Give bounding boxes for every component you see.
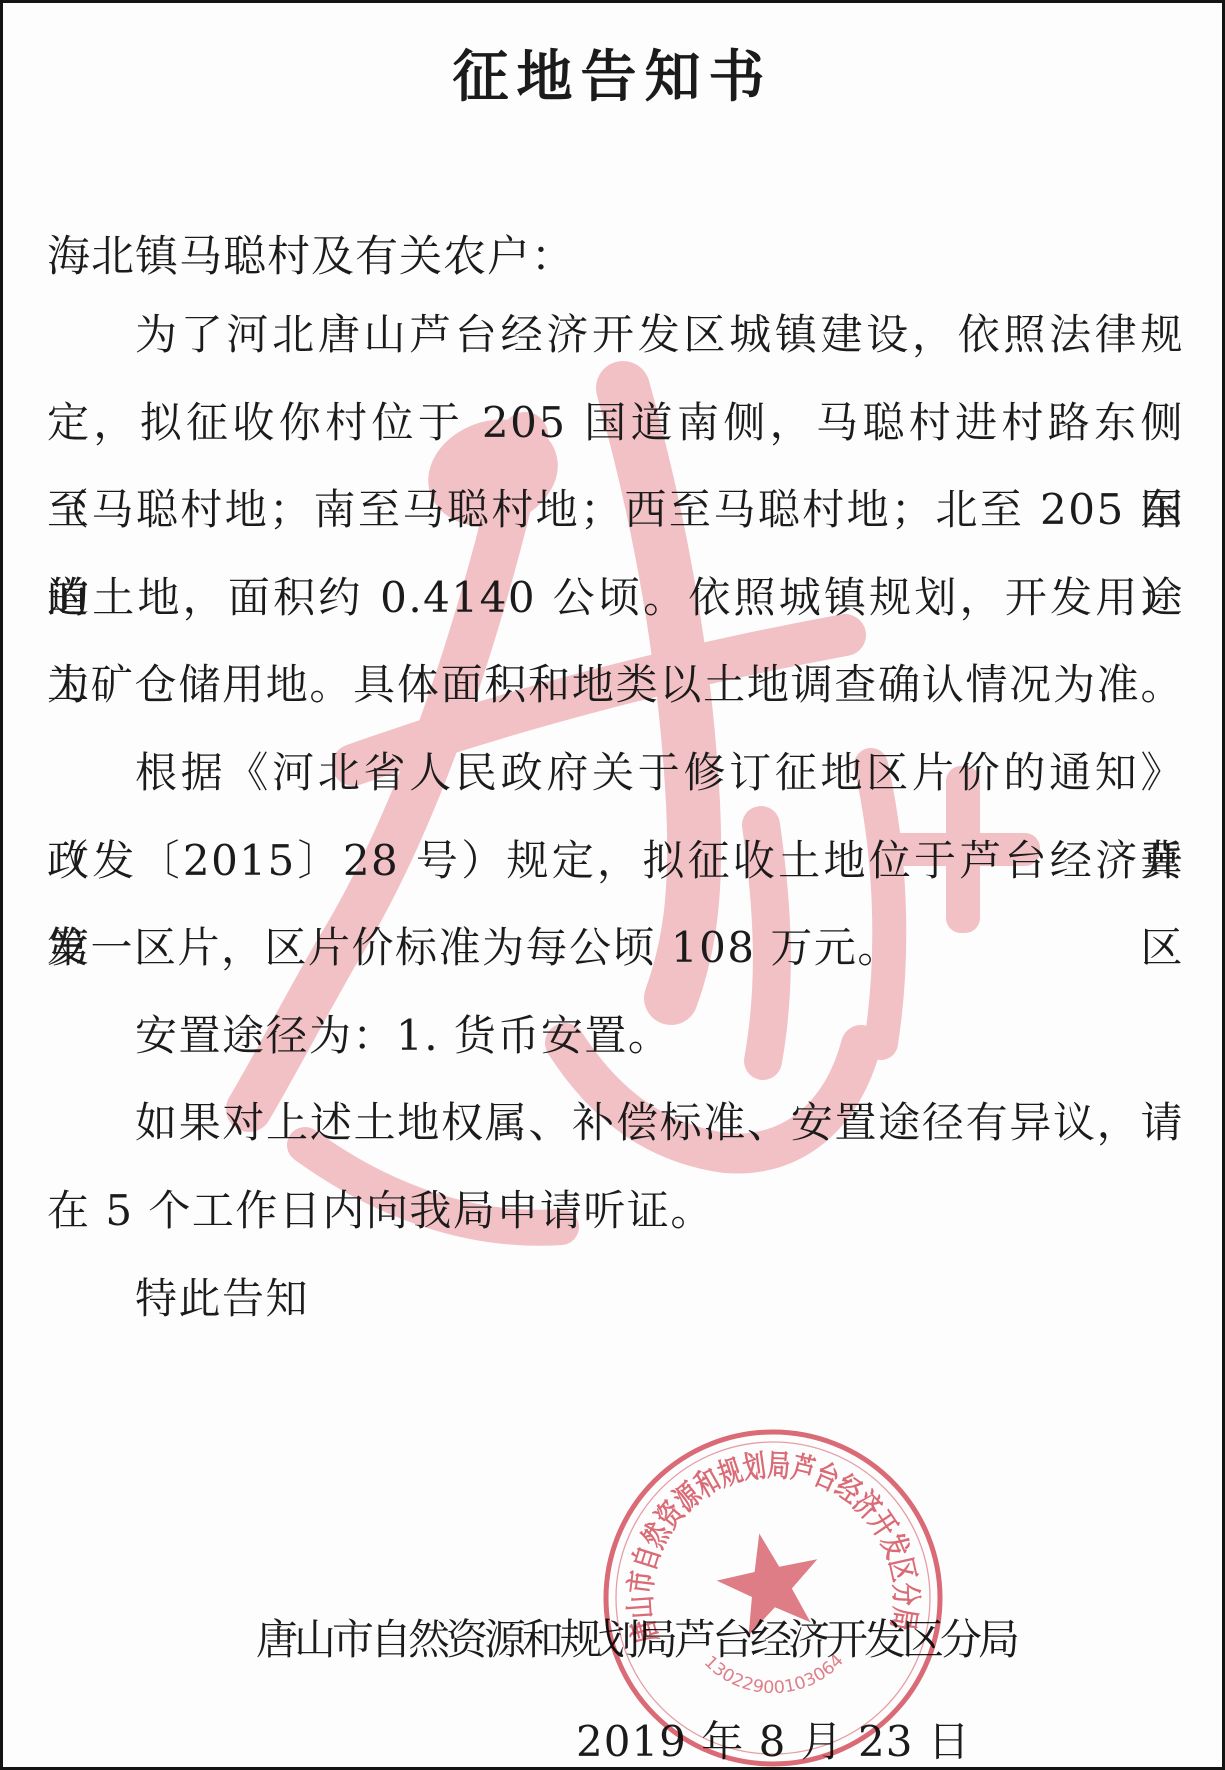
issue-date: 2019 年 8 月 23 日 (576, 1709, 971, 1769)
issuing-authority-signature: 唐山市自然资源和规划局芦台经济开发区分局 (256, 1607, 1016, 1667)
body-line: 在 5 个工作日内向我局申请听证。 (47, 1167, 1184, 1255)
body-line: 特此告知 (47, 1255, 1184, 1343)
body-line: 政发〔2015〕28 号）规定，拟征收土地位于芦台经济开发区 (47, 817, 1184, 905)
body-line: 安置途径为：1. 货币安置。 (47, 992, 1184, 1080)
body-line: 至马聪村地；南至马聪村地；西至马聪村地；北至 205 国道） (47, 466, 1184, 554)
document-title: 征地告知书 (3, 33, 1222, 113)
body-line: 根据《河北省人民政府关于修订征地区片价的通知》（冀 (47, 729, 1184, 817)
body-line: 为了河北唐山芦台经济开发区城镇建设，依照法律规 (47, 291, 1184, 379)
document-body: 为了河北唐山芦台经济开发区城镇建设，依照法律规定，拟征收你村位于 205 国道南… (47, 291, 1184, 1342)
body-line: 定，拟征收你村位于 205 国道南侧，马聪村进村路东侧（东 (47, 379, 1184, 467)
body-line: 的土地，面积约 0.4140 公顷。依照城镇规划，开发用途为 (47, 554, 1184, 642)
salutation-line: 海北镇马聪村及有关农户： (47, 223, 575, 284)
body-line: 工矿仓储用地。具体面积和地类以土地调查确认情况为准。 (47, 641, 1184, 729)
scanned-notice-page: 征地告知书 海北镇马聪村及有关农户： 为了河北唐山芦台经济开发区城镇建设，依照法… (0, 0, 1225, 1770)
body-line: 如果对上述土地权属、补偿标准、安置途径有异议，请 (47, 1079, 1184, 1167)
